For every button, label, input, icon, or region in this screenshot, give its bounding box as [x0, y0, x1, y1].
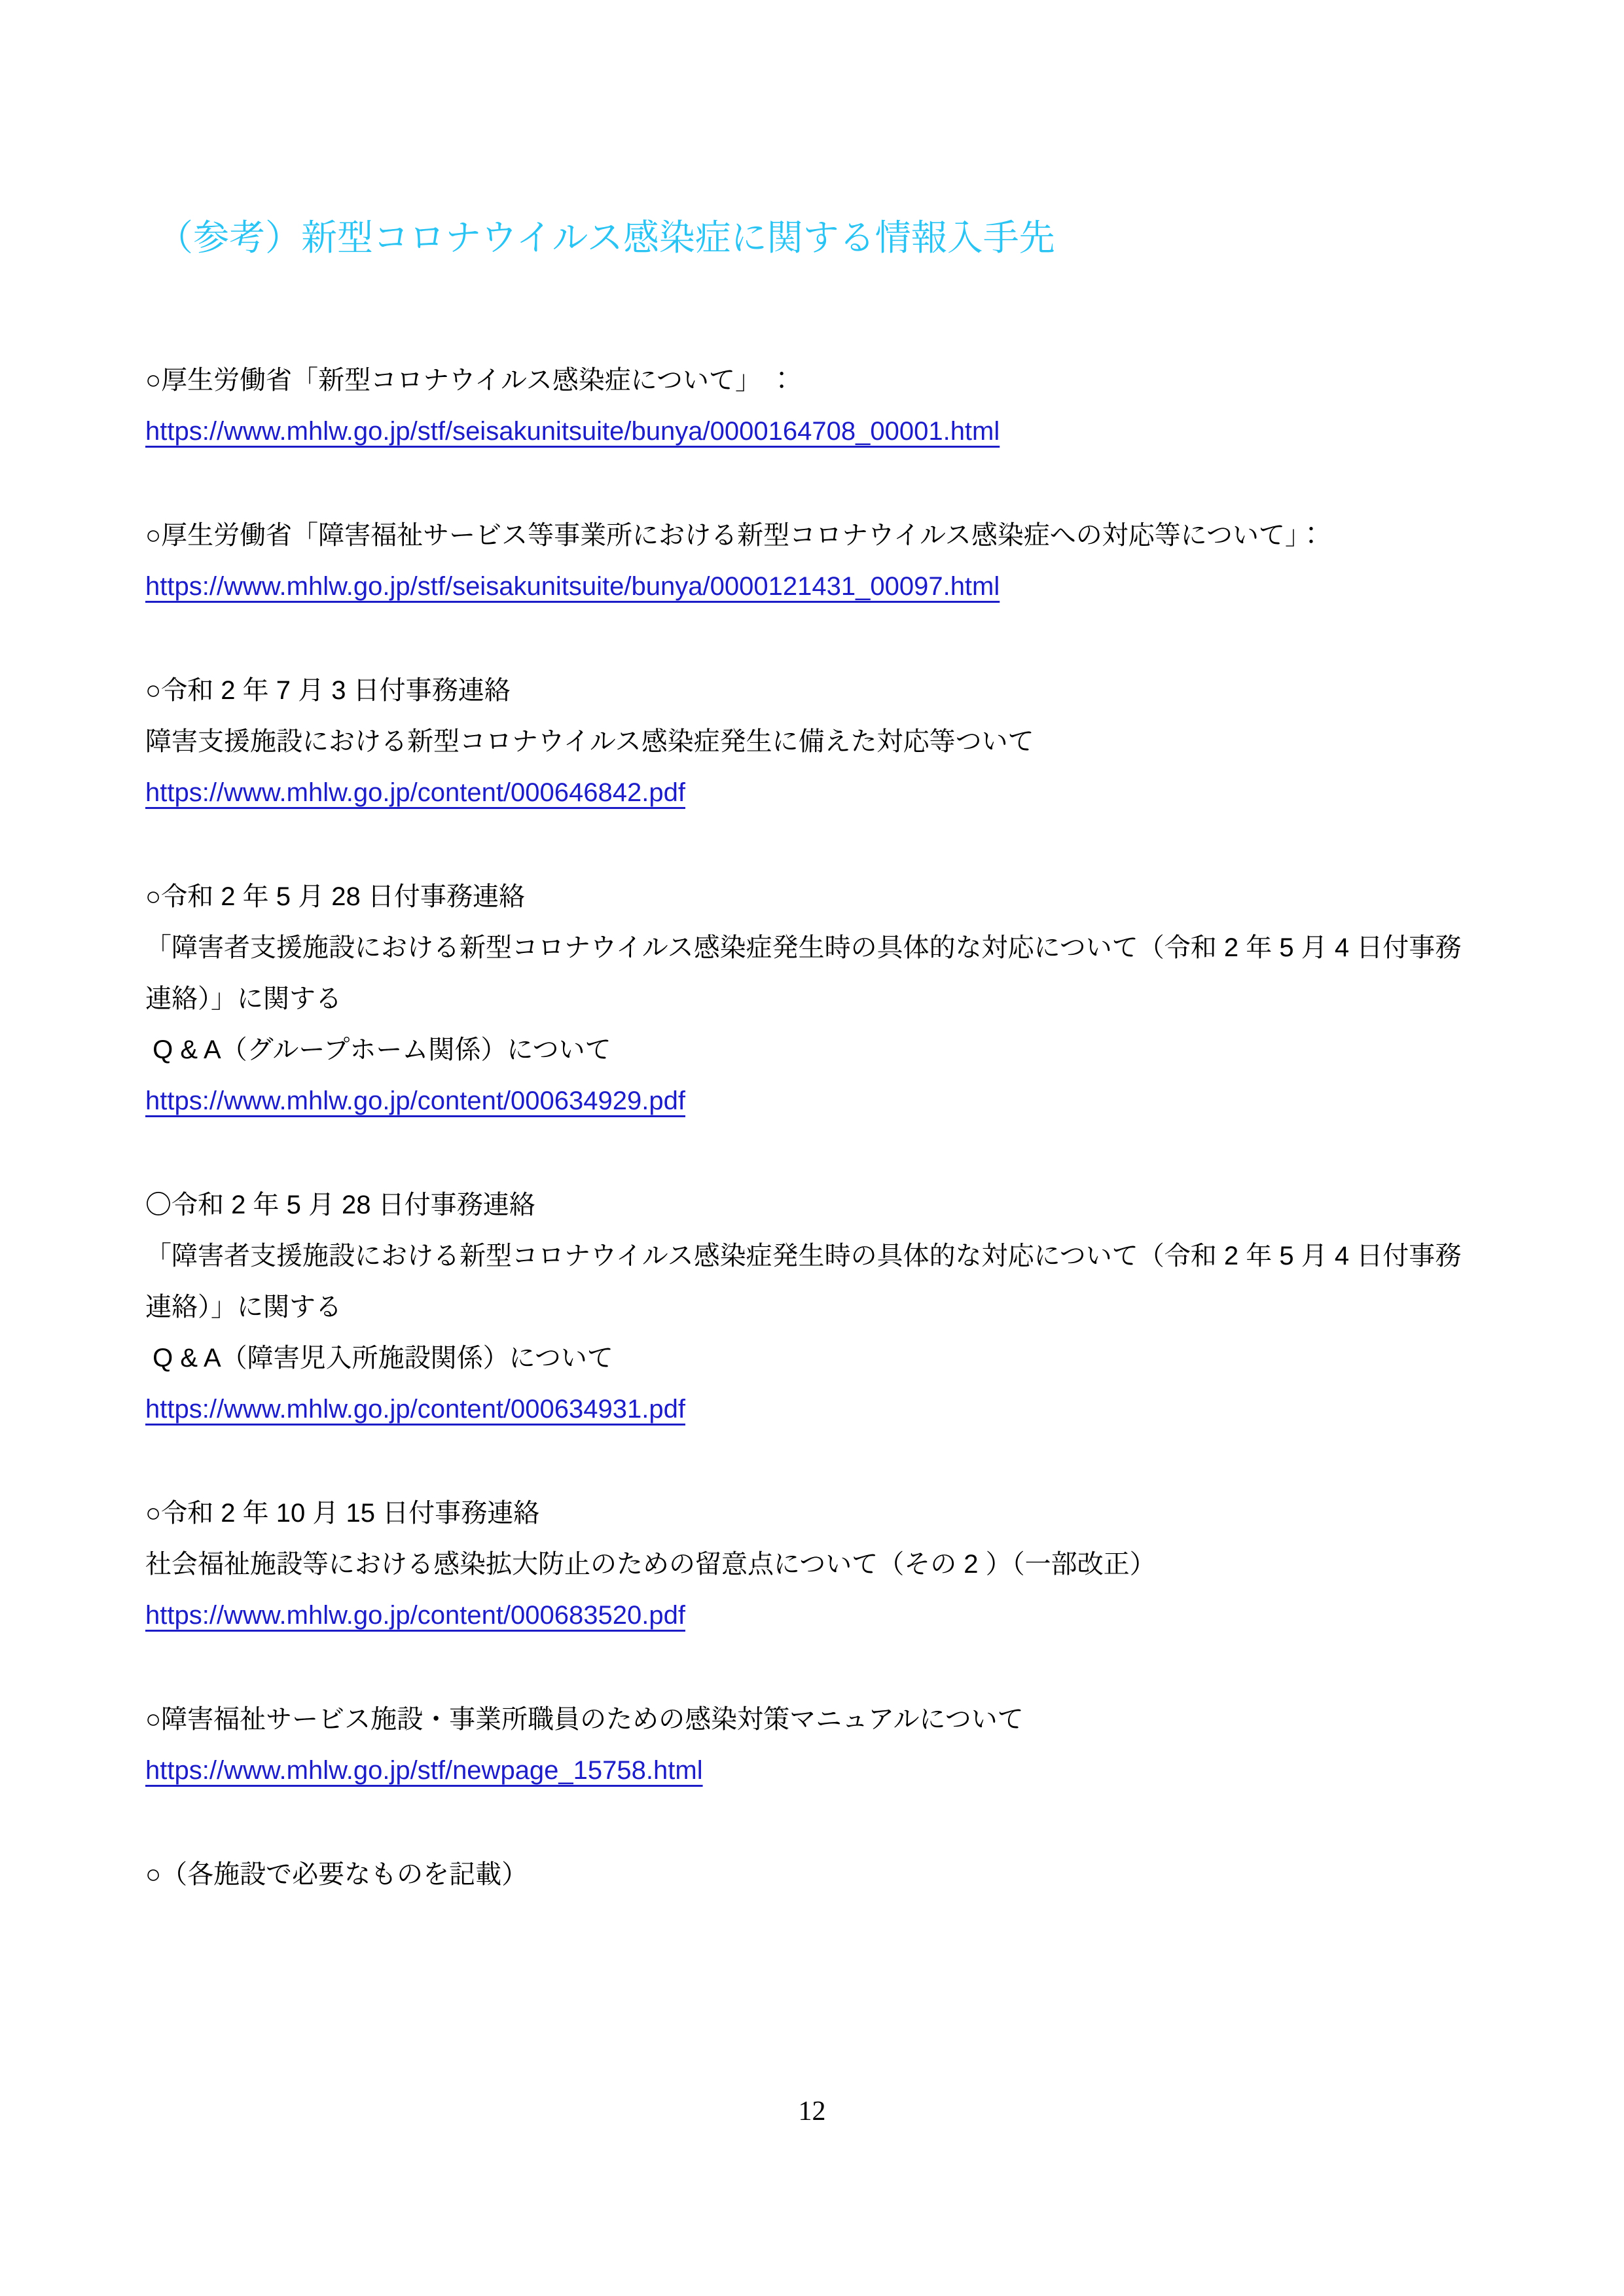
info-section-notice-jul3: ○令和 2 年 7 月 3 日付事務連絡 障害支援施設における新型コロナウイルス… [145, 665, 1559, 824]
section-text-line: ○厚生労働省「障害福祉サービス等事業所における新型コロナウイルス感染症への対応等… [145, 510, 1559, 561]
section-link[interactable]: https://www.mhlw.go.jp/content/000634929… [145, 1086, 685, 1115]
section-link[interactable]: https://www.mhlw.go.jp/stf/newpage_15758… [145, 1756, 703, 1785]
info-section-infection-manual: ○障害福祉サービス施設・事業所職員のための感染対策マニュアルについて https… [145, 1694, 1559, 1802]
section-link[interactable]: https://www.mhlw.go.jp/content/000646842… [145, 778, 685, 807]
section-text-line: 連絡）」に関する [145, 973, 1559, 1024]
section-text-line: ○障害福祉サービス施設・事業所職員のための感染対策マニュアルについて [145, 1694, 1559, 1745]
section-text-line: Q & A（グループホーム関係）について [145, 1024, 1559, 1075]
info-section-notice-oct15: ○令和 2 年 10 月 15 日付事務連絡 社会福祉施設等における感染拡大防止… [145, 1488, 1559, 1647]
section-text-line: Q & A（障害児入所施設関係）について [145, 1333, 1559, 1384]
section-text-line: ○（各施設で必要なものを記載） [145, 1849, 1559, 1900]
section-link[interactable]: https://www.mhlw.go.jp/stf/seisakunitsui… [145, 572, 1000, 601]
section-text-line: 連絡）」に関する [145, 1282, 1559, 1333]
section-link[interactable]: https://www.mhlw.go.jp/content/000634931… [145, 1395, 685, 1424]
section-text-line: 〇令和 2 年 5 月 28 日付事務連絡 [145, 1179, 1559, 1230]
info-section-notice-may28-grouphome: ○令和 2 年 5 月 28 日付事務連絡 「障害者支援施設における新型コロナウ… [145, 871, 1559, 1132]
section-text-line: ○令和 2 年 10 月 15 日付事務連絡 [145, 1488, 1559, 1539]
section-text-line: 障害支援施設における新型コロナウイルス感染症発生に備えた対応等ついて [145, 716, 1559, 767]
info-section-notice-may28-child-facility: 〇令和 2 年 5 月 28 日付事務連絡 「障害者支援施設における新型コロナウ… [145, 1179, 1559, 1441]
info-section-facility-specific-note: ○（各施設で必要なものを記載） [145, 1849, 1559, 1900]
document-page: （参考）新型コロナウイルス感染症に関する情報入手先 ○厚生労働省「新型コロナウイ… [0, 0, 1624, 2296]
section-text-line: 「障害者支援施設における新型コロナウイルス感染症発生時の具体的な対応について（令… [145, 1230, 1559, 1282]
section-text-line: ○令和 2 年 5 月 28 日付事務連絡 [145, 871, 1559, 922]
section-text-line: ○厚生労働省「新型コロナウイルス感染症について」 ： [145, 355, 1559, 406]
section-text-line: ○令和 2 年 7 月 3 日付事務連絡 [145, 665, 1559, 716]
info-section-mhlw-disability-services: ○厚生労働省「障害福祉サービス等事業所における新型コロナウイルス感染症への対応等… [145, 510, 1559, 618]
section-text-line: 社会福祉施設等における感染拡大防止のための留意点について（その 2 ）（一部改正… [145, 1539, 1559, 1590]
section-link[interactable]: https://www.mhlw.go.jp/content/000683520… [145, 1601, 685, 1630]
document-content: （参考）新型コロナウイルス感染症に関する情報入手先 ○厚生労働省「新型コロナウイ… [145, 217, 1559, 1947]
page-title: （参考）新型コロナウイルス感染症に関する情報入手先 [157, 217, 1559, 258]
section-link[interactable]: https://www.mhlw.go.jp/stf/seisakunitsui… [145, 417, 1000, 446]
section-text-line: 「障害者支援施設における新型コロナウイルス感染症発生時の具体的な対応について（令… [145, 922, 1559, 973]
info-section-mhlw-covid: ○厚生労働省「新型コロナウイルス感染症について」 ： https://www.m… [145, 355, 1559, 463]
page-number: 12 [0, 2096, 1624, 2127]
